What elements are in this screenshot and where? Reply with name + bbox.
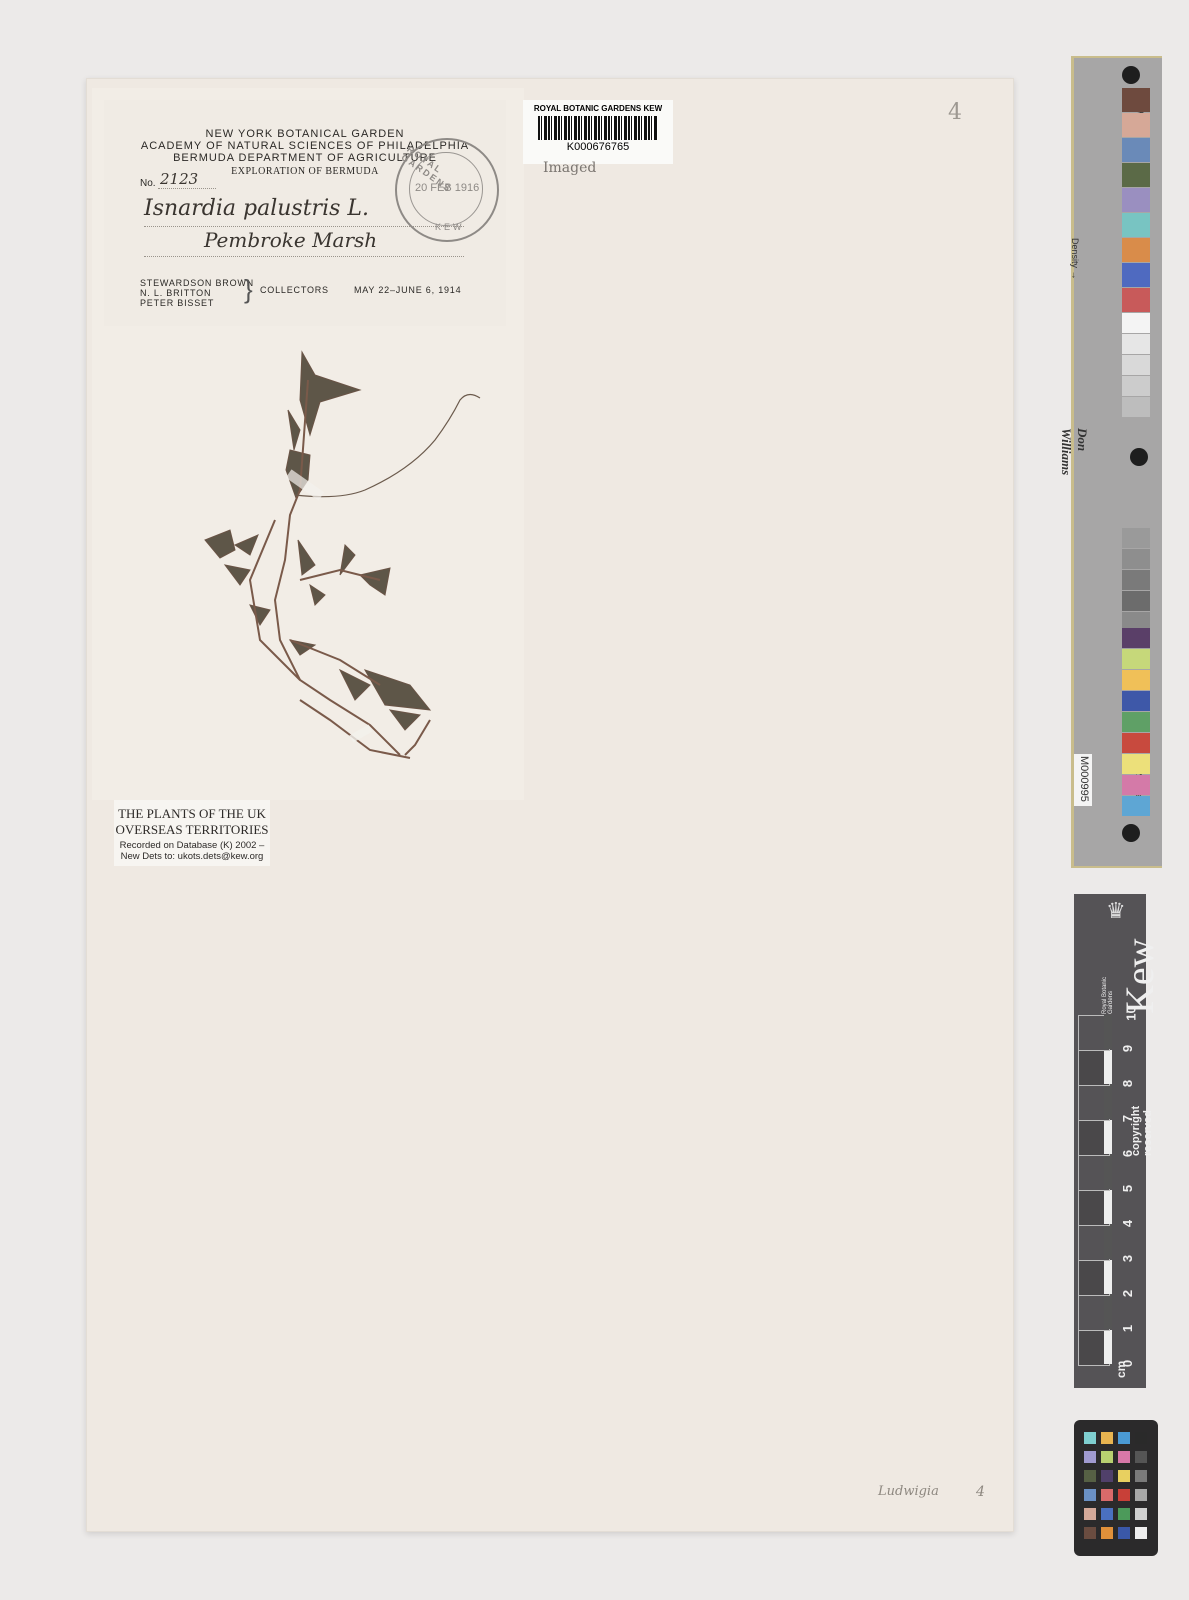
color-patch <box>1122 796 1150 816</box>
checker-patch <box>1084 1527 1096 1539</box>
ruler-hole-middle <box>1130 448 1148 466</box>
color-patch <box>1122 188 1150 212</box>
taxon-name: Isnardia palustris L. <box>144 196 369 221</box>
kew-sub-brand: Royal Botanic Gardens <box>1102 970 1114 1014</box>
checker-patch <box>1118 1508 1130 1520</box>
collector-1: STEWARDSON BROWN <box>140 278 254 288</box>
color-patch <box>1122 288 1150 312</box>
color-patch <box>1122 591 1150 611</box>
color-patch <box>1122 754 1150 774</box>
kew-crest-icon: ♛ <box>1106 898 1126 924</box>
color-patch <box>1122 313 1150 333</box>
checker-patch <box>1101 1508 1113 1520</box>
checker-patch <box>1135 1432 1147 1444</box>
barcode-bars <box>538 116 658 140</box>
barcode-institution: ROYAL BOTANIC GARDENS KEW <box>523 104 673 113</box>
kew-brand: Kew <box>1116 938 1163 1014</box>
density-label: Density → <box>1070 238 1080 280</box>
collector-2: N. L. BRITTON <box>140 288 254 298</box>
checker-patch <box>1101 1470 1113 1482</box>
copyright-text: copyright reserved <box>1130 1106 1154 1156</box>
checker-patch <box>1084 1508 1096 1520</box>
ukot-recorded: Recorded on Database (K) 2002 – <box>114 840 270 851</box>
kew-scale-bar: ♛ Kew Royal Botanic Gardens copyright re… <box>1074 894 1146 1388</box>
color-patch <box>1122 528 1150 548</box>
collection-number: 2123 <box>160 170 198 188</box>
checker-patch <box>1084 1470 1096 1482</box>
checker-patch <box>1101 1432 1113 1444</box>
scale-tick-label: 6 <box>1120 1150 1135 1157</box>
checker-patch <box>1101 1527 1113 1539</box>
color-patch <box>1122 549 1150 569</box>
ukot-title-line2: OVERSEAS TERRITORIES <box>114 822 270 838</box>
kew-received-stamp: ROYAL GARDENS 20 FEB 1916 KEW <box>395 138 499 242</box>
color-patch <box>1122 238 1150 262</box>
checker-patch <box>1135 1508 1147 1520</box>
color-patch <box>1122 691 1150 711</box>
checker-patch <box>1084 1432 1096 1444</box>
stamp-bottom-text: KEW <box>435 222 465 232</box>
scale-tick-label: 1 <box>1120 1325 1135 1332</box>
scale-tick-label: 9 <box>1120 1045 1135 1052</box>
color-patch <box>1122 376 1150 396</box>
checker-patch <box>1135 1489 1147 1501</box>
color-patch <box>1122 355 1150 375</box>
ruler-brand: Don Williams <box>1058 428 1090 500</box>
ukot-title-line1: THE PLANTS OF THE UK <box>114 806 270 822</box>
scale-tick-label: 10 <box>1124 1006 1139 1020</box>
color-patch <box>1122 263 1150 287</box>
color-patch <box>1122 113 1150 137</box>
ruler-hole-bottom <box>1122 824 1140 842</box>
corner-mark: 4 <box>948 100 962 125</box>
barcode-id: K000676765 <box>523 141 673 153</box>
scale-tick-label: 7 <box>1120 1115 1135 1122</box>
collectors-caption: COLLECTORS <box>260 285 329 295</box>
scale-tick-label: 5 <box>1120 1185 1135 1192</box>
checker-patch <box>1084 1489 1096 1501</box>
color-patch <box>1122 670 1150 690</box>
collection-dates: MAY 22–JUNE 6, 1914 <box>354 285 461 295</box>
color-checker-card <box>1074 1420 1158 1556</box>
plant-specimen <box>190 340 490 770</box>
stamp-date: 20 FEB 1916 <box>415 182 479 194</box>
color-patch <box>1122 397 1150 417</box>
checker-patch <box>1135 1451 1147 1463</box>
scale-tick-label: 8 <box>1120 1080 1135 1087</box>
color-patch <box>1122 712 1150 732</box>
brace: } <box>244 274 253 305</box>
collector-3: PETER BISSET <box>140 298 254 308</box>
color-calibration-ruler: inches Density → Don Williams M000995 ce… <box>1071 56 1162 868</box>
color-patch <box>1122 138 1150 162</box>
number-prefix: No. <box>140 178 156 189</box>
locality: Pembroke Marsh <box>204 228 377 252</box>
scale-tick-label: 2 <box>1120 1290 1135 1297</box>
ruler-hole-top <box>1122 66 1140 84</box>
checker-patch <box>1084 1451 1096 1463</box>
ukot-label: THE PLANTS OF THE UK OVERSEAS TERRITORIE… <box>114 800 270 866</box>
checker-patch <box>1118 1527 1130 1539</box>
color-patch <box>1122 775 1150 795</box>
color-patch <box>1122 649 1150 669</box>
checker-patch <box>1118 1470 1130 1482</box>
scale-tick-label: 0 <box>1120 1360 1135 1367</box>
checker-patch <box>1135 1527 1147 1539</box>
scale-tick-label: 3 <box>1120 1255 1135 1262</box>
color-patch <box>1122 88 1150 112</box>
checker-patch <box>1118 1432 1130 1444</box>
checker-patch <box>1101 1451 1113 1463</box>
color-patch <box>1122 163 1150 187</box>
barcode-label: ROYAL BOTANIC GARDENS KEW K000676765 <box>523 100 673 164</box>
checker-patch <box>1135 1470 1147 1482</box>
ruler-serial: M000995 <box>1078 756 1090 802</box>
color-patch <box>1122 570 1150 590</box>
color-patch <box>1122 334 1150 354</box>
ukot-dets: New Dets to: ukots.dets@kew.org <box>114 851 270 862</box>
scale-tick-label: 4 <box>1120 1220 1135 1227</box>
checker-patch <box>1118 1489 1130 1501</box>
collector-names: STEWARDSON BROWN N. L. BRITTON PETER BIS… <box>140 278 254 308</box>
footer-number: 4 <box>976 1484 985 1500</box>
color-patch <box>1122 628 1150 648</box>
color-patch <box>1122 733 1150 753</box>
checker-patch <box>1101 1489 1113 1501</box>
genus-annotation: Ludwigia <box>878 1484 939 1499</box>
checker-patch <box>1118 1451 1130 1463</box>
color-patch <box>1122 213 1150 237</box>
imaged-note: Imaged <box>543 160 596 176</box>
